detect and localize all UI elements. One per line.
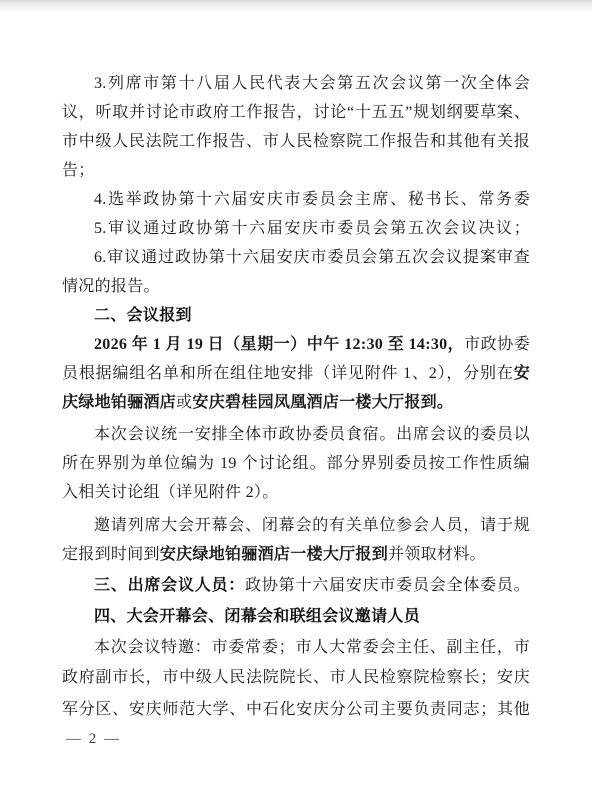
text-line: 邀请列席大会开幕会、闭幕会的有关单位参会人员，请于规 — [62, 511, 530, 540]
text-line: 政府副市长，市中级人民法院院长、市人民检察院检察长；安庆 — [62, 663, 530, 692]
text-line: 庆绿地铂骊酒店或安庆碧桂园凤凰酒店一楼大厅报到。 — [62, 388, 530, 417]
text-line: 4.选举政协第十六届安庆市委员会主席、秘书长、常务委员； — [62, 185, 530, 214]
text-run: 告； — [62, 162, 95, 179]
heading-run: 三、出席会议人员： — [94, 577, 245, 594]
text-line: 告； — [62, 156, 530, 185]
section-heading: 三、出席会议人员：政协第十六届安庆市委员会全体委员。 — [62, 571, 530, 600]
document-body: 3.列席市第十八届人民代表大会第五次会议第一次全体会 议，听取并讨论市政府工作报… — [0, 0, 592, 724]
text-run: 定报到时间到 — [62, 546, 160, 563]
text-line: 情况的报告。 — [62, 272, 530, 301]
heading-run: 四、大会开幕会、闭幕会和联组会议邀请人员 — [94, 608, 420, 625]
text-line: 6.审议通过政协第十六届安庆市委员会第五次会议提案审查 — [62, 243, 530, 272]
section-heading: 二、会议报到 — [62, 301, 530, 330]
text-line: 本次会议统一安排全体市政协委员食宿。出席会议的委员以 — [62, 420, 530, 449]
bold-run: 安庆绿地铂骊酒店一楼大厅报到 — [160, 546, 388, 563]
bold-run: 庆绿地铂骊酒店 — [62, 394, 176, 411]
text-run: 本次会议特邀：市委常委；市人大常委会主任、副主任，市 — [94, 639, 530, 656]
text-line: 军分区、安庆师范大学、中石化安庆分公司主要负责同志；其他 — [62, 695, 530, 724]
text-run: 邀请列席大会开幕会、闭幕会的有关单位参会人员，请于规 — [94, 517, 530, 534]
text-run: 并领取材料。 — [388, 546, 486, 563]
text-run: 4.选举政协第十六届安庆市委员会主席、秘书长、常务委员； — [62, 191, 530, 214]
section-heading: 四、大会开幕会、闭幕会和联组会议邀请人员 — [62, 602, 530, 631]
text-run: 政协第十六届安庆市委员会全体委员。 — [245, 577, 530, 594]
text-run: 政府副市长，市中级人民法院院长、市人民检察院检察长；安庆 — [62, 669, 530, 686]
bold-run: 安 — [514, 365, 530, 382]
text-line: 议，听取并讨论市政府工作报告，讨论“十五五”规划纲要草案、 — [62, 98, 530, 127]
text-line: 本次会议特邀：市委常委；市人大常委会主任、副主任，市 — [62, 633, 530, 662]
text-run: 6.审议通过政协第十六届安庆市委员会第五次会议提案审查 — [94, 249, 530, 266]
text-run: 议，听取并讨论市政府工作报告，讨论“十五五”规划纲要草案、 — [62, 104, 530, 121]
bold-run: 安庆碧桂园凤凰酒店一楼大厅报到。 — [192, 394, 453, 411]
document-page: 3.列席市第十八届人民代表大会第五次会议第一次全体会 议，听取并讨论市政府工作报… — [0, 0, 592, 793]
bold-run: 2026 年 1 月 19 日（星期一）中午 12:30 至 14:30， — [94, 336, 464, 353]
text-line: 3.列席市第十八届人民代表大会第五次会议第一次全体会 — [62, 69, 530, 98]
text-line: 员根据编组名单和所在组住地安排（详见附件 1、2），分别在安 — [62, 359, 530, 388]
text-run: 员根据编组名单和所在组住地安排（详见附件 1、2），分别在 — [62, 365, 514, 382]
text-run: 3.列席市第十八届人民代表大会第五次会议第一次全体会 — [94, 75, 530, 92]
text-line: 2026 年 1 月 19 日（星期一）中午 12:30 至 14:30，市政协… — [62, 330, 530, 359]
text-run: 军分区、安庆师范大学、中石化安庆分公司主要负责同志；其他 — [62, 701, 530, 718]
text-line: 市中级人民法院工作报告、市人民检察院工作报告和其他有关报 — [62, 127, 530, 156]
text-run: 情况的报告。 — [62, 278, 160, 295]
text-run: 市政协委 — [464, 336, 530, 353]
heading-run: 二、会议报到 — [94, 307, 192, 324]
text-run: 所在界别为单位编为 19 个讨论组。部分界别委员按工作性质编 — [62, 455, 530, 472]
text-run: 本次会议统一安排全体市政协委员食宿。出席会议的委员以 — [94, 426, 530, 443]
text-run: 市中级人民法院工作报告、市人民检察院工作报告和其他有关报 — [62, 133, 530, 150]
text-line: 所在界别为单位编为 19 个讨论组。部分界别委员按工作性质编 — [62, 449, 530, 478]
page-number: — 2 — — [66, 731, 121, 748]
text-run: 入相关讨论组（详见附件 2）。 — [62, 484, 279, 501]
text-run: 5.审议通过政协第十六届安庆市委员会第五次会议决议； — [94, 220, 530, 237]
text-run: 或 — [176, 394, 192, 411]
text-line: 入相关讨论组（详见附件 2）。 — [62, 478, 530, 507]
text-line: 5.审议通过政协第十六届安庆市委员会第五次会议决议； — [62, 214, 530, 243]
text-line: 定报到时间到安庆绿地铂骊酒店一楼大厅报到并领取材料。 — [62, 540, 530, 569]
